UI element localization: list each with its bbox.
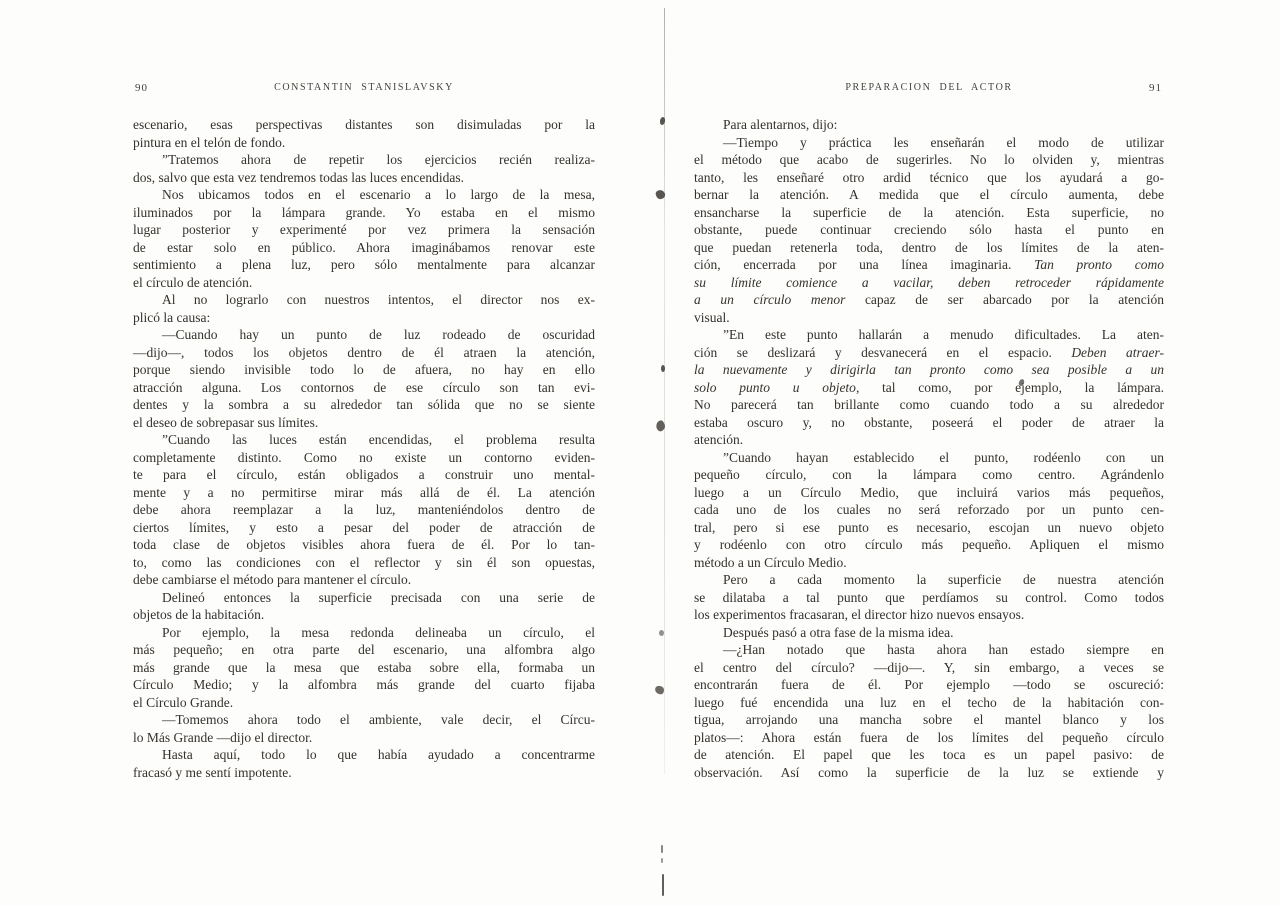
text-line: estaba oscuro y, no obstante, poseerá el…: [694, 414, 1164, 432]
text-run: Círculo Medio; y la alfombra más grande …: [133, 677, 595, 692]
text-run: No parecerá tan brillante como cuando to…: [694, 397, 1164, 412]
text-line: luego a un Círculo Medio, que incluirá v…: [694, 484, 1164, 502]
text-line: debe ahora reemplazar a la luz, mantenié…: [133, 501, 595, 519]
text-line: —¿Han notado que hasta ahora han estado …: [694, 641, 1164, 659]
text-line: —dijo—, todos los objetos dentro de él a…: [133, 344, 595, 362]
text-line: sentimiento a plena luz, pero sólo menta…: [133, 256, 595, 274]
italic-text-run: solo punto u objeto: [694, 380, 856, 395]
text-line: Al no lograrlo con nuestros intentos, el…: [133, 291, 595, 309]
book-spread: 90 CONSTANTIN STANISLAVSKY escenario, es…: [0, 0, 1280, 906]
text-line: atención.: [694, 431, 1164, 449]
text-run: mente y a no permitirse mirar más allá d…: [133, 485, 595, 500]
text-line: to, como las condiciones con el reflecto…: [133, 554, 595, 572]
text-run: te para el círculo, están obligados a co…: [133, 467, 595, 482]
text-line: Por ejemplo, la mesa redonda delineaba u…: [133, 624, 595, 642]
text-run: ”Cuando hayan establecido el punto, rodé…: [723, 450, 1164, 465]
text-line: que puedan retenerla toda, dentro de los…: [694, 239, 1164, 257]
text-run: ción se deslizará y desvanecerá en el es…: [694, 345, 1071, 360]
text-run: estaba oscuro y, no obstante, poseerá el…: [694, 415, 1164, 430]
text-run: tanto, les enseñaré otro ardid técnico q…: [694, 170, 1164, 185]
text-run: el Círculo Grande.: [133, 695, 233, 710]
text-line: cada uno de los cuales no será reforzado…: [694, 501, 1164, 519]
page-number: 90: [135, 82, 148, 94]
text-line: el círculo de atención.: [133, 274, 595, 292]
text-run: ”Tratemos ahora de repetir los ejercicio…: [162, 152, 595, 167]
text-line: ción, encerrada por una línea imaginaria…: [694, 256, 1164, 274]
text-run: pequeño círculo, con la lámpara como cen…: [694, 467, 1164, 482]
text-run: dentes y la sombra a su alrededor tan só…: [133, 397, 595, 412]
text-line: método a un Círculo Medio.: [694, 554, 1164, 572]
text-line: más pequeño; en otra parte del escenario…: [133, 641, 595, 659]
text-run: se dilataba a tal punto que perdíamos su…: [694, 590, 1164, 605]
text-line: los experimentos fracasaran, el director…: [694, 606, 1164, 624]
text-run: porque siendo invisible todo lo de afuer…: [133, 362, 595, 377]
running-header: CONSTANTIN STANISLAVSKY: [274, 82, 454, 93]
text-run: método a un Círculo Medio.: [694, 555, 847, 570]
italic-text-run: Deben atraer-: [1071, 345, 1164, 360]
text-line: ”En este punto hallarán a menudo dificul…: [694, 326, 1164, 344]
text-run: de estar solo en público. Ahora imagináb…: [133, 240, 595, 255]
text-run: el deseo de sobrepasar sus límites.: [133, 415, 318, 430]
text-line: el método que acabo de sugerirles. No lo…: [694, 151, 1164, 169]
text-line: ciertos límites, y esto a pesar del pode…: [133, 519, 595, 537]
text-line: Hasta aquí, todo lo que había ayudado a …: [133, 746, 595, 764]
text-line: encontrarán fuera de él. Por ejemplo —to…: [694, 676, 1164, 694]
text-run: ”En este punto hallarán a menudo dificul…: [723, 327, 1164, 342]
text-run: Después pasó a otra fase de la misma ide…: [723, 625, 954, 640]
text-line: el Círculo Grande.: [133, 694, 595, 712]
page-number: 91: [1149, 82, 1162, 94]
text-run: observación. Así como la superficie de l…: [694, 765, 1164, 780]
text-line: su límite comience a vacilar, deben retr…: [694, 274, 1164, 292]
text-run: —Cuando hay un punto de luz rodeado de o…: [162, 327, 595, 342]
text-line: Nos ubicamos todos en el escenario a lo …: [133, 186, 595, 204]
left-page-text: escenario, esas perspectivas distantes s…: [133, 116, 595, 781]
text-run: los experimentos fracasaran, el director…: [694, 607, 1024, 622]
text-run: atracción alguna. Los contornos de ese c…: [133, 380, 595, 395]
text-line: Para alentarnos, dijo:: [694, 116, 1164, 134]
text-run: luego a un Círculo Medio, que incluirá v…: [694, 485, 1164, 500]
text-line: debe cambiarse el método para mantener e…: [133, 571, 595, 589]
text-run: atención.: [694, 432, 743, 447]
text-line: toda clase de objetos visibles ahora fue…: [133, 536, 595, 554]
text-run: bernar la atención. A medida que el círc…: [694, 187, 1164, 202]
text-line: ”Tratemos ahora de repetir los ejercicio…: [133, 151, 595, 169]
text-run: —Tiempo y práctica les enseñarán el modo…: [723, 135, 1164, 150]
text-run: Hasta aquí, todo lo que había ayudado a …: [162, 747, 595, 762]
text-line: el centro del círculo? —dijo—. Y, sin em…: [694, 659, 1164, 677]
text-run: debe ahora reemplazar a la luz, mantenié…: [133, 502, 595, 517]
text-line: —Cuando hay un punto de luz rodeado de o…: [133, 326, 595, 344]
text-run: lo Más Grande —dijo el director.: [133, 730, 312, 745]
text-run: to, como las condiciones con el reflecto…: [133, 555, 595, 570]
text-run: plicó la causa:: [133, 310, 210, 325]
text-run: más grande que la mesa que estaba sobre …: [133, 660, 595, 675]
text-run: el centro del círculo? —dijo—. Y, sin em…: [694, 660, 1164, 675]
text-run: luego fué encendida una luz en el techo …: [694, 695, 1164, 710]
text-run: —dijo—, todos los objetos dentro de él a…: [133, 345, 595, 360]
text-line: ción se deslizará y desvanecerá en el es…: [694, 344, 1164, 362]
text-run: objetos de la habitación.: [133, 607, 264, 622]
text-line: tral, pero si ese punto es necesario, es…: [694, 519, 1164, 537]
text-run: , tal como, por ejemplo, la lámpara.: [856, 380, 1164, 395]
text-run: Para alentarnos, dijo:: [723, 117, 837, 132]
text-run: tigua, arrojando una mancha sobre el man…: [694, 712, 1164, 727]
text-line: bernar la atención. A medida que el círc…: [694, 186, 1164, 204]
text-line: solo punto u objeto, tal como, por ejemp…: [694, 379, 1164, 397]
italic-text-run: Tan pronto como: [1034, 257, 1164, 272]
italic-text-run: a un círculo menor: [694, 292, 845, 307]
text-line: fracasó y me sentí impotente.: [133, 764, 595, 782]
text-line: atracción alguna. Los contornos de ese c…: [133, 379, 595, 397]
text-run: que puedan retenerla toda, dentro de los…: [694, 240, 1164, 255]
left-page-header: 90 CONSTANTIN STANISLAVSKY: [133, 82, 595, 98]
text-line: —Tiempo y práctica les enseñarán el modo…: [694, 134, 1164, 152]
text-line: ”Cuando las luces están encendidas, el p…: [133, 431, 595, 449]
text-line: a un círculo menor capaz de ser abarcado…: [694, 291, 1164, 309]
text-line: objetos de la habitación.: [133, 606, 595, 624]
text-line: completamente distinto. Como no existe u…: [133, 449, 595, 467]
text-run: sentimiento a plena luz, pero sólo menta…: [133, 257, 595, 272]
text-run: capaz de ser abarcado por la atención: [845, 292, 1164, 307]
right-page-text: Para alentarnos, dijo:—Tiempo y práctica…: [694, 116, 1164, 781]
text-line: dos, salvo que esta vez tendremos todas …: [133, 169, 595, 187]
text-line: plicó la causa:: [133, 309, 595, 327]
text-run: completamente distinto. Como no existe u…: [133, 450, 595, 465]
text-run: y rodéenlo con otro círculo más pequeño.…: [694, 537, 1164, 552]
text-run: cada uno de los cuales no será reforzado…: [694, 502, 1164, 517]
text-run: dos, salvo que esta vez tendremos todas …: [133, 170, 464, 185]
text-line: te para el círculo, están obligados a co…: [133, 466, 595, 484]
text-run: obstante, puede continuar creciendo sólo…: [694, 222, 1164, 237]
text-run: de atención. El papel que les toca es un…: [694, 747, 1164, 762]
text-line: luego fué encendida una luz en el techo …: [694, 694, 1164, 712]
text-run: ”Cuando las luces están encendidas, el p…: [162, 432, 595, 447]
text-line: Círculo Medio; y la alfombra más grande …: [133, 676, 595, 694]
text-line: lo Más Grande —dijo el director.: [133, 729, 595, 747]
ink-speck: [661, 365, 665, 372]
text-run: encontrarán fuera de él. Por ejemplo —to…: [694, 677, 1164, 692]
text-line: y rodéenlo con otro círculo más pequeño.…: [694, 536, 1164, 554]
text-line: iluminados por la lámpara grande. Yo est…: [133, 204, 595, 222]
italic-text-run: la nuevamente y dirigirla tan pronto com…: [694, 362, 1164, 377]
text-run: Pero a cada momento la superficie de nue…: [723, 572, 1164, 587]
text-run: más pequeño; en otra parte del escenario…: [133, 642, 595, 657]
text-line: lugar posterior y experimenté por vez pr…: [133, 221, 595, 239]
text-run: ensancharse la superficie de la atención…: [694, 205, 1164, 220]
text-run: el círculo de atención.: [133, 275, 252, 290]
text-run: Por ejemplo, la mesa redonda delineaba u…: [162, 625, 595, 640]
text-run: tral, pero si ese punto es necesario, es…: [694, 520, 1164, 535]
text-line: porque siendo invisible todo lo de afuer…: [133, 361, 595, 379]
text-line: mente y a no permitirse mirar más allá d…: [133, 484, 595, 502]
text-run: —Tomemos ahora todo el ambiente, vale de…: [162, 712, 595, 727]
ink-speck: [662, 874, 664, 896]
text-line: No parecerá tan brillante como cuando to…: [694, 396, 1164, 414]
running-header: PREPARACION DEL ACTOR: [845, 82, 1012, 93]
text-run: Al no lograrlo con nuestros intentos, el…: [162, 292, 595, 307]
text-run: platos—: Ahora están fuera de los límite…: [694, 730, 1164, 745]
text-run: ción, encerrada por una línea imaginaria…: [694, 257, 1034, 272]
text-line: Delineó entonces la superficie precisada…: [133, 589, 595, 607]
text-run: lugar posterior y experimenté por vez pr…: [133, 222, 595, 237]
text-line: tigua, arrojando una mancha sobre el man…: [694, 711, 1164, 729]
ink-speck: [661, 845, 663, 853]
text-run: el método que acabo de sugerirles. No lo…: [694, 152, 1164, 167]
text-line: obstante, puede continuar creciendo sólo…: [694, 221, 1164, 239]
text-run: pintura en el telón de fondo.: [133, 135, 285, 150]
text-line: dentes y la sombra a su alrededor tan só…: [133, 396, 595, 414]
text-run: Nos ubicamos todos en el escenario a lo …: [162, 187, 595, 202]
text-line: ”Cuando hayan establecido el punto, rodé…: [694, 449, 1164, 467]
text-run: iluminados por la lámpara grande. Yo est…: [133, 205, 595, 220]
text-line: la nuevamente y dirigirla tan pronto com…: [694, 361, 1164, 379]
text-line: pequeño círculo, con la lámpara como cen…: [694, 466, 1164, 484]
text-run: toda clase de objetos visibles ahora fue…: [133, 537, 595, 552]
text-line: visual.: [694, 309, 1164, 327]
text-line: más grande que la mesa que estaba sobre …: [133, 659, 595, 677]
text-run: fracasó y me sentí impotente.: [133, 765, 292, 780]
text-line: escenario, esas perspectivas distantes s…: [133, 116, 595, 134]
text-run: Delineó entonces la superficie precisada…: [162, 590, 595, 605]
italic-text-run: su límite comience a vacilar, deben retr…: [694, 275, 1164, 290]
text-line: de estar solo en público. Ahora imagináb…: [133, 239, 595, 257]
text-run: ciertos límites, y esto a pesar del pode…: [133, 520, 595, 535]
text-line: se dilataba a tal punto que perdíamos su…: [694, 589, 1164, 607]
text-line: —Tomemos ahora todo el ambiente, vale de…: [133, 711, 595, 729]
text-line: tanto, les enseñaré otro ardid técnico q…: [694, 169, 1164, 187]
text-line: el deseo de sobrepasar sus límites.: [133, 414, 595, 432]
text-line: Pero a cada momento la superficie de nue…: [694, 571, 1164, 589]
text-line: Después pasó a otra fase de la misma ide…: [694, 624, 1164, 642]
text-run: visual.: [694, 310, 730, 325]
text-line: ensancharse la superficie de la atención…: [694, 204, 1164, 222]
ink-speck: [659, 630, 664, 636]
ink-speck: [661, 858, 663, 863]
text-line: observación. Así como la superficie de l…: [694, 764, 1164, 782]
text-run: escenario, esas perspectivas distantes s…: [133, 117, 595, 132]
text-run: debe cambiarse el método para mantener e…: [133, 572, 411, 587]
text-line: pintura en el telón de fondo.: [133, 134, 595, 152]
text-line: platos—: Ahora están fuera de los límite…: [694, 729, 1164, 747]
text-run: —¿Han notado que hasta ahora han estado …: [723, 642, 1164, 657]
right-page-header: PREPARACION DEL ACTOR 91: [694, 82, 1164, 98]
text-line: de atención. El papel que les toca es un…: [694, 746, 1164, 764]
